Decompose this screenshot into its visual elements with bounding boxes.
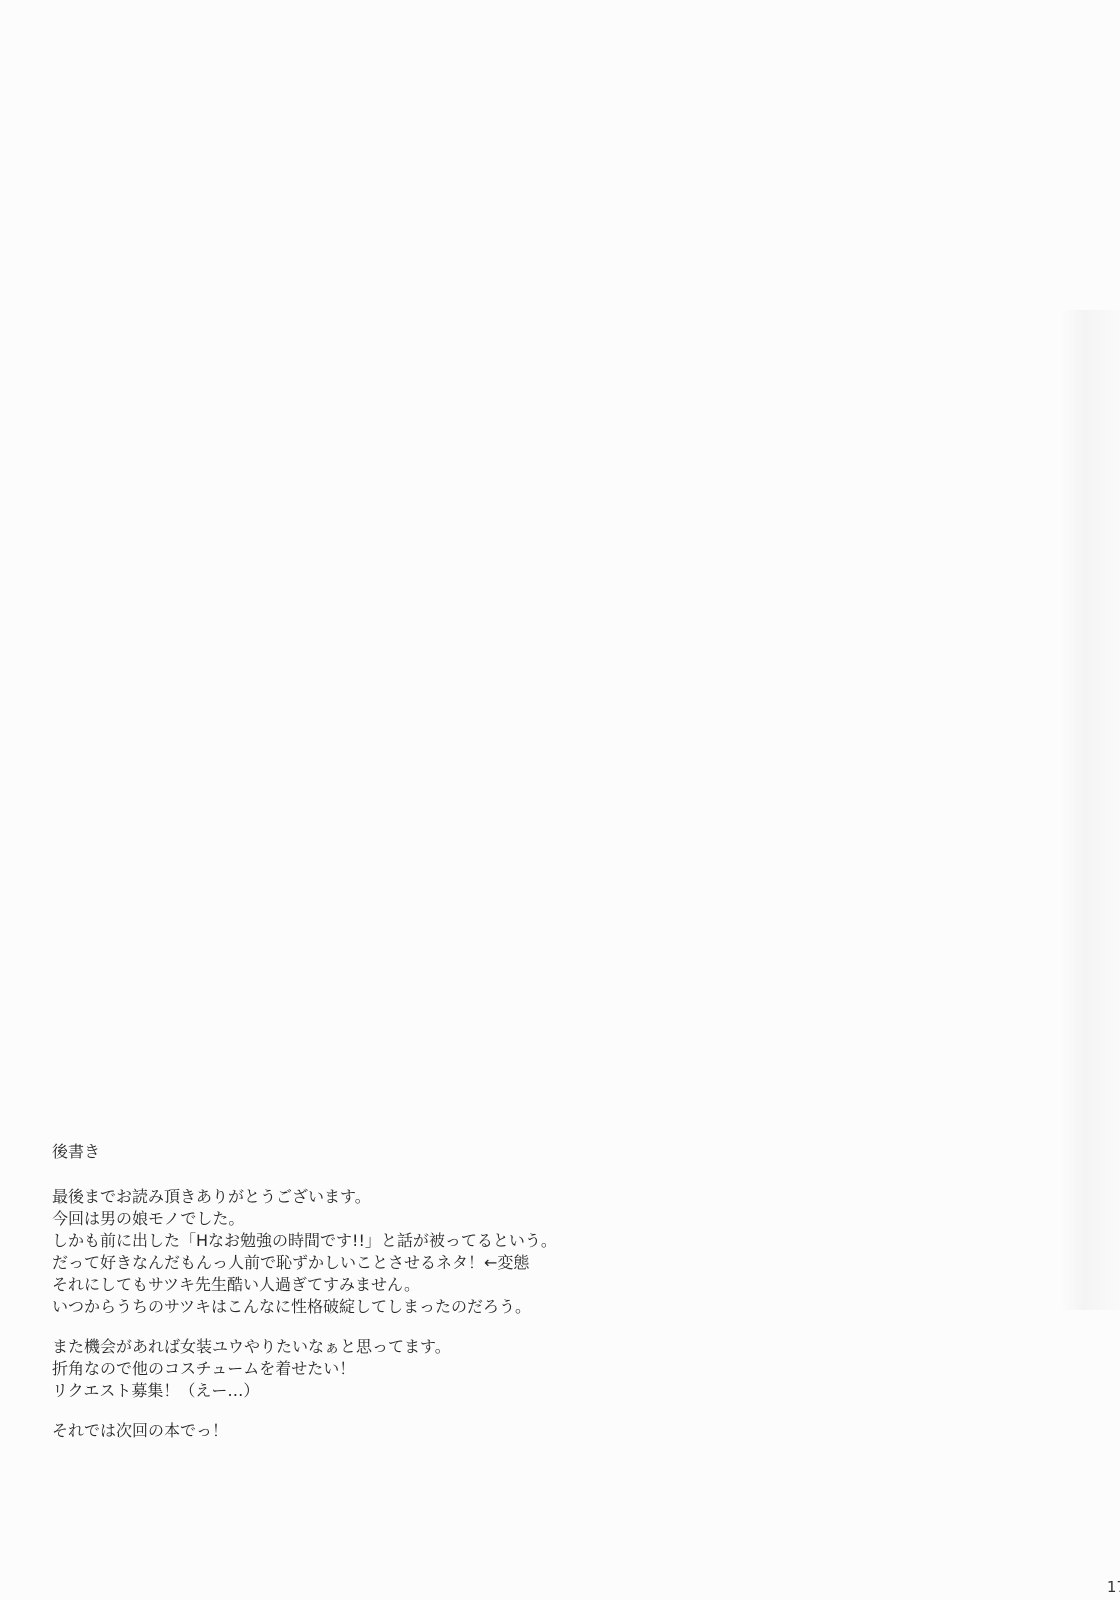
text-line: 最後までお読み頂きありがとうございます。 [52,1186,652,1208]
text-line: だって好きなんだもんっ人前で恥ずかしいことさせるネタ！←変態 [52,1252,652,1274]
text-line: しかも前に出した「Hなお勉強の時間です!!」と話が被ってるという。 [52,1230,652,1252]
text-line: 折角なので他のコスチュームを着せたい！ [52,1358,652,1380]
text-line: リクエスト募集！（えー…） [52,1380,652,1402]
paragraph-2: また機会があれば女装ユウやりたいなぁと思ってます。 折角なので他のコスチュームを… [52,1336,652,1402]
text-line: 今回は男の娘モノでした。 [52,1208,652,1230]
text-line: それでは次回の本でっ！ [52,1420,652,1442]
paragraph-1: 最後までお読み頂きありがとうございます。 今回は男の娘モノでした。 しかも前に出… [52,1186,652,1318]
text-line: それにしてもサツキ先生酷い人過ぎてすみません。 [52,1274,652,1296]
afterword-heading: 後書き [52,1142,652,1162]
text-line: また機会があれば女装ユウやりたいなぁと思ってます。 [52,1336,652,1358]
scanned-page: 後書き 最後までお読み頂きありがとうございます。 今回は男の娘モノでした。 しか… [0,0,1120,1600]
paragraph-3: それでは次回の本でっ！ [52,1420,652,1442]
text-line: いつからうちのサツキはこんなに性格破綻してしまったのだろう。 [52,1296,652,1318]
page-edge-shadow [1060,310,1120,1310]
afterword-section: 後書き 最後までお読み頂きありがとうございます。 今回は男の娘モノでした。 しか… [52,1142,652,1460]
page-number: 17 [1107,1578,1120,1596]
